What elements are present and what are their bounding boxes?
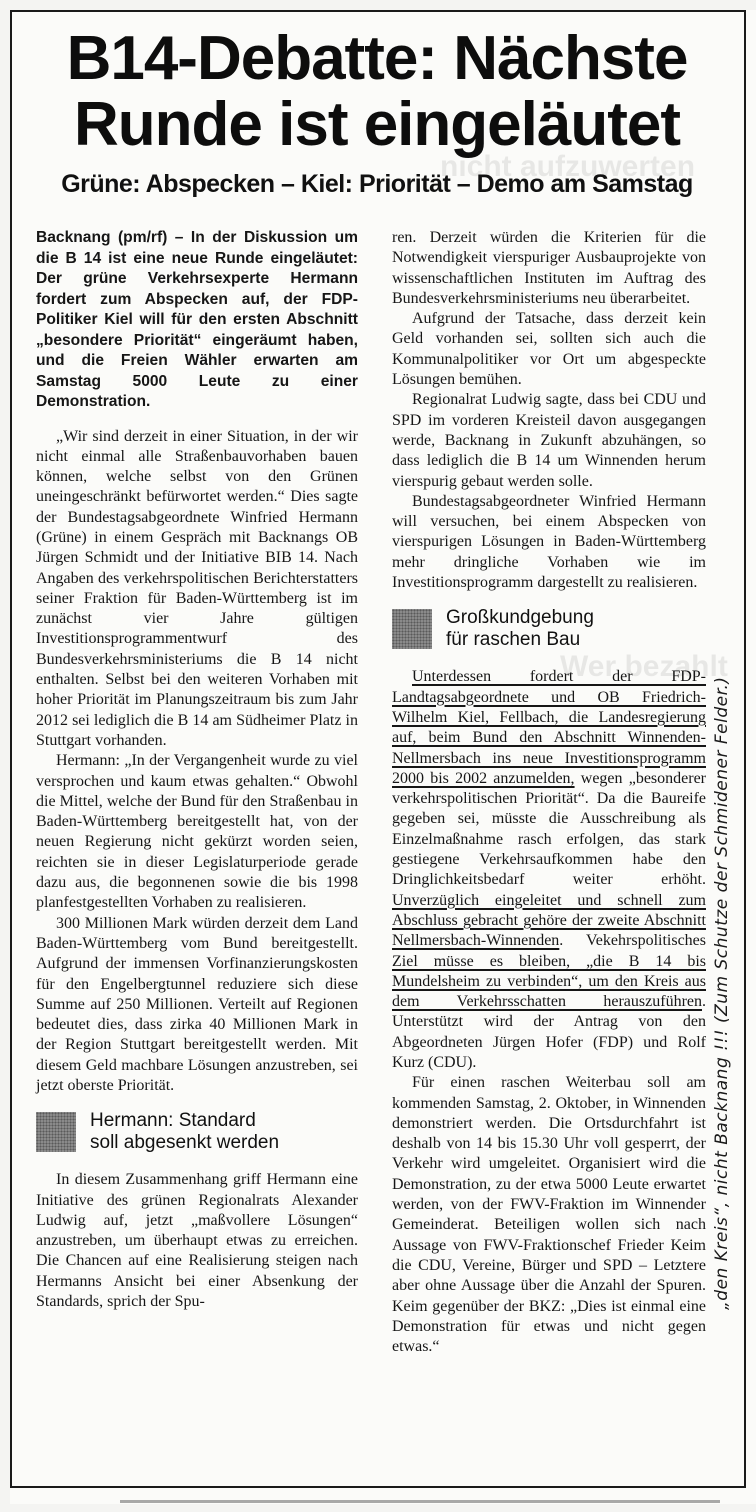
subheadline: Grüne: Abspecken – Kiel: Priorität – Dem… bbox=[12, 170, 742, 199]
lead-paragraph: Backnang (pm/rf) – In der Diskussion um … bbox=[36, 228, 358, 413]
body-paragraph: Aufgrund der Tatsache, dass derzeit kein… bbox=[392, 309, 706, 390]
body-paragraph: ren. Derzeit würden die Kriterien für di… bbox=[392, 228, 706, 309]
grey-square-icon bbox=[392, 609, 432, 649]
body-paragraph: 300 Millionen Mark würden derzeit dem La… bbox=[36, 914, 358, 1097]
subheading-line-2: für raschen Bau bbox=[446, 629, 594, 651]
headline-line-1: B14-Debatte: Nächste bbox=[12, 28, 742, 90]
body-paragraph-annotated: Unterdessen fordert der FDP-Landtagsabge… bbox=[392, 667, 706, 1073]
body-paragraph: Bundestagsabgeordneter Winfried Hermann … bbox=[392, 492, 706, 593]
body-paragraph: „Wir sind derzeit in einer Situation, in… bbox=[36, 427, 358, 752]
body-paragraph: In diesem Zusammenhang griff Hermann ein… bbox=[36, 1170, 358, 1312]
headline-line-2: Runde ist eingeläutet bbox=[12, 94, 742, 156]
handwritten-margin-note: „den Kreis“, nicht Backnang !!! (Zum Sch… bbox=[712, 676, 732, 1310]
column-right: ren. Derzeit würden die Kriterien für di… bbox=[392, 228, 706, 1357]
subheading-line-2: soll abgesenkt werden bbox=[90, 1132, 279, 1154]
subheading-line-1: Großkundgebung bbox=[446, 607, 594, 629]
hand-underlined-text: Ziel müsse es bleiben, „die B 14 bis Mun… bbox=[392, 953, 706, 1011]
subheading-line-1: Hermann: Standard bbox=[90, 1110, 279, 1132]
subheading-hermann: Hermann: Standard soll abgesenkt werden bbox=[36, 1110, 358, 1154]
subheading-grosskundgebung: Großkundgebung für raschen Bau bbox=[392, 607, 706, 651]
scan-edge-line bbox=[120, 1500, 720, 1503]
body-paragraph: Hermann: „In der Vergangenheit wurde zu … bbox=[36, 751, 358, 913]
grey-square-icon bbox=[36, 1112, 76, 1152]
column-left: Backnang (pm/rf) – In der Diskussion um … bbox=[36, 228, 358, 1312]
body-paragraph: Für einen raschen Weiterbau soll am komm… bbox=[392, 1073, 706, 1357]
body-paragraph: Regionalrat Ludwig sagte, dass bei CDU u… bbox=[392, 390, 706, 491]
